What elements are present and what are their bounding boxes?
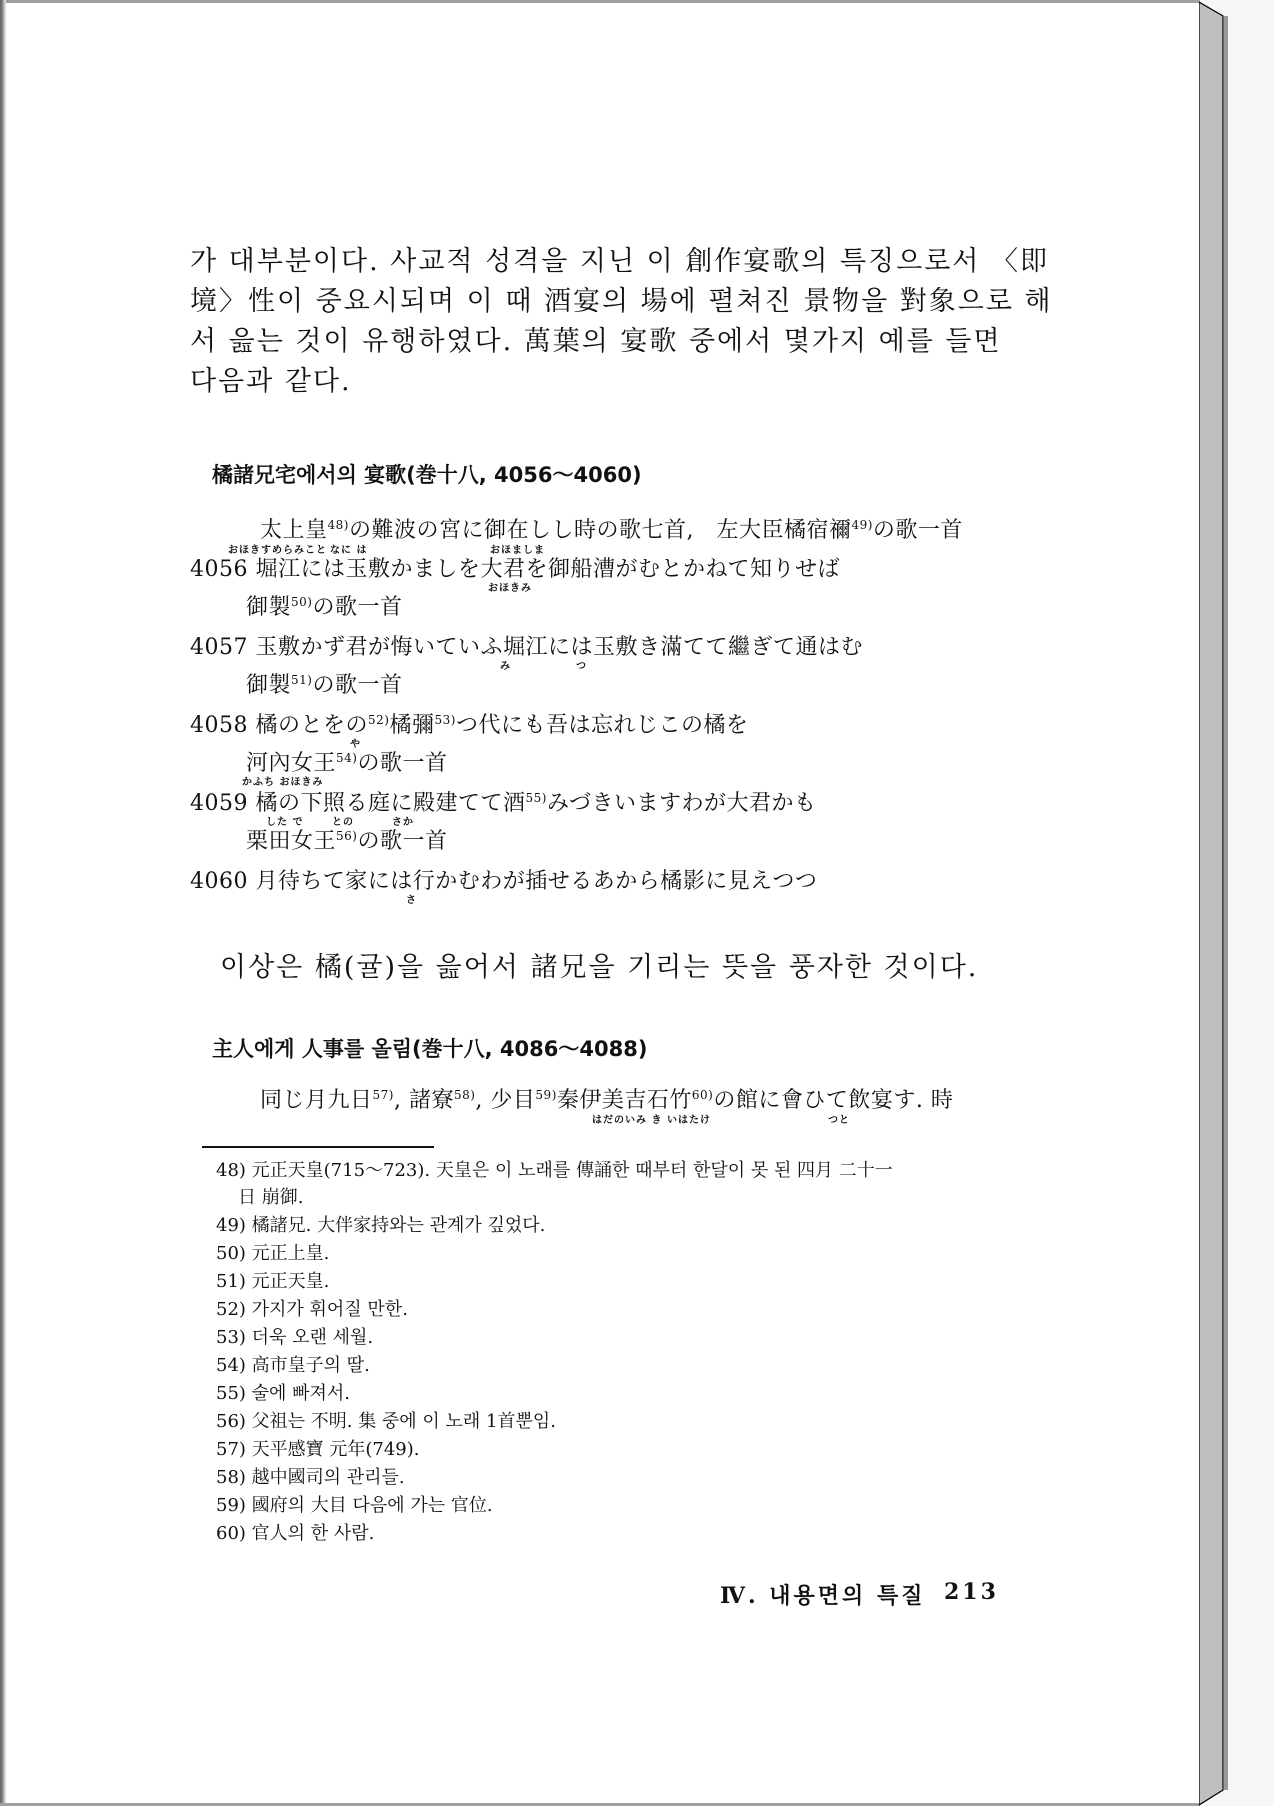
poem-text: 橘彌	[389, 713, 434, 738]
footnote-ref-58[interactable]: 58)	[454, 1088, 475, 1102]
attribution-text: の歌一首	[357, 829, 447, 854]
poem-attribution: 御製50)の歌一首	[246, 590, 402, 621]
ruby-annotation: はだのいみ き いはたけ	[592, 1111, 711, 1126]
footnote-49: 49) 橘諸兄. 大伴家持와는 관계가 깊었다.	[216, 1211, 545, 1237]
attribution-text: の歌一首	[357, 751, 447, 776]
page-number: 213	[944, 1579, 999, 1605]
preface-text: の館に會ひて飲宴す. 時	[713, 1088, 953, 1113]
poem-text: つ代にも吾は忘れじこの橘を	[456, 713, 749, 738]
preface-text: の難波の宮に御在しし時の歌七首, 左大臣橘宿禰	[349, 518, 852, 543]
poem-4057: 4057 玉敷かず君が悔いていふ堀江には玉敷き滿てて繼ぎて通はむ	[190, 630, 863, 661]
attribution-text: の歌一首	[312, 595, 402, 620]
footnote-59: 59) 國府의 大目 다음에 가는 官位.	[216, 1491, 493, 1517]
document-page: 가 대부분이다. 사교적 성격을 지닌 이 創作宴歌의 특징으로서 〈即 境〉性…	[6, 3, 1199, 1803]
footnote-58: 58) 越中國司의 관리들.	[216, 1463, 405, 1489]
footnote-ref-49[interactable]: 49)	[851, 518, 872, 532]
footnote-48: 48) 元正天皇(715〜723). 天皇은 이 노래를 傳誦한 때부터 한달이…	[216, 1156, 893, 1182]
ruby-annotation: つ	[576, 657, 587, 672]
intro-line-1: 가 대부분이다. 사교적 성격을 지닌 이 創作宴歌의 특징으로서 〈即	[190, 239, 1049, 278]
footnote-ref-56[interactable]: 56)	[336, 829, 357, 843]
preface-text: , 諸寮	[394, 1088, 454, 1113]
poem-4060: 4060 月待ちて家には行かむわが插せるあから橘影に見えつつ	[190, 864, 817, 895]
poem-text: みづきいますわが大君かも	[547, 791, 817, 816]
intro-line-3: 서 읊는 것이 유행하였다. 萬葉의 宴歌 중에서 몇가지 예를 들면	[190, 319, 1002, 358]
poem-preface-2: 同じ月九日57), 諸寮58), 少目59)秦伊美吉石竹60)の館に會ひて飲宴す…	[260, 1083, 953, 1114]
running-footer-chapter: Ⅳ. 내용면의 특질	[720, 1579, 925, 1610]
poem-attribution: 御製51)の歌一首	[246, 668, 402, 699]
summary-paragraph: 이상은 橘(귤)을 읊어서 諸兄을 기리는 뜻을 풍자한 것이다.	[220, 945, 978, 984]
preface-text: の歌一首	[873, 518, 963, 543]
footnote-ref-54[interactable]: 54)	[336, 751, 357, 765]
ruby-annotation: おほきみ	[488, 579, 532, 594]
footnote-ref-60[interactable]: 60)	[692, 1088, 713, 1102]
poem-text: 堀江には玉敷かましを大君を御船漕がむとかねて知りせば	[256, 557, 840, 582]
page-curl-shape	[1199, 0, 1274, 1806]
footnote-60: 60) 官人의 한 사람.	[216, 1519, 374, 1545]
attribution-text: 御製	[246, 595, 291, 620]
footnote-50: 50) 元正上皇.	[216, 1239, 329, 1265]
poem-number: 4057	[190, 635, 248, 660]
poem-number: 4060	[190, 869, 248, 894]
intro-line-2: 境〉性이 중요시되며 이 때 酒宴의 場에 펼쳐진 景物을 對象으로 해	[190, 279, 1053, 318]
footnote-52: 52) 가지가 휘어질 만한.	[216, 1295, 408, 1321]
footnote-57: 57) 天平感寶 元年(749).	[216, 1435, 420, 1461]
footnote-ref-53[interactable]: 53)	[434, 713, 455, 727]
footnote-ref-51[interactable]: 51)	[291, 673, 312, 687]
footnote-54: 54) 高市皇子의 딸.	[216, 1351, 370, 1377]
ruby-annotation: み	[500, 657, 511, 672]
footnote-ref-52[interactable]: 52)	[368, 713, 389, 727]
footnote-divider	[202, 1146, 434, 1148]
attribution-text: の歌一首	[312, 673, 402, 698]
preface-text: 太上皇	[260, 518, 328, 543]
preface-text: 同じ月九日	[260, 1088, 373, 1113]
footnote-ref-50[interactable]: 50)	[291, 595, 312, 609]
poem-preface-1: 太上皇48)の難波の宮に御在しし時の歌七首, 左大臣橘宿禰49)の歌一首	[260, 513, 963, 544]
ruby-annotation: さ	[406, 891, 417, 906]
ruby-annotation: つと	[828, 1111, 850, 1126]
poem-attribution: 栗田女王56)の歌一首	[246, 824, 447, 855]
footnote-ref-55[interactable]: 55)	[526, 791, 547, 805]
preface-text: 秦伊美吉石竹	[557, 1088, 692, 1113]
attribution-text: 御製	[246, 673, 291, 698]
footnote-ref-57[interactable]: 57)	[373, 1088, 394, 1102]
intro-line-4: 다음과 같다.	[190, 359, 352, 398]
footnote-56: 56) 父祖는 不明. 集 중에 이 노래 1首뿐임.	[216, 1407, 556, 1433]
poem-number: 4059	[190, 791, 248, 816]
footnote-48-continued: 日 崩御.	[238, 1183, 303, 1209]
footnote-51: 51) 元正天皇.	[216, 1267, 329, 1293]
poem-text: 月待ちて家には行かむわが插せるあから橘影に見えつつ	[256, 869, 818, 894]
attribution-text: 栗田女王	[246, 829, 336, 854]
section-heading-2: 主人에게 人事를 올림(巻十八, 4086〜4088)	[212, 1033, 647, 1063]
footnote-ref-59[interactable]: 59)	[535, 1088, 556, 1102]
poem-4058: 4058 橘のとをの52)橘彌53)つ代にも吾は忘れじこの橘を	[190, 708, 748, 739]
footnote-55: 55) 술에 빠져서.	[216, 1379, 350, 1405]
footnote-ref-48[interactable]: 48)	[328, 518, 349, 532]
section-heading-1: 橘諸兄宅에서의 宴歌(巻十八, 4056〜4060)	[212, 459, 642, 489]
preface-text: , 少目	[475, 1088, 535, 1113]
poem-number: 4058	[190, 713, 248, 738]
poem-number: 4056	[190, 557, 248, 582]
footnote-53: 53) 더욱 오랜 세월.	[216, 1323, 373, 1349]
poem-text: 玉敷かず君が悔いていふ堀江には玉敷き滿てて繼ぎて通はむ	[256, 635, 864, 660]
